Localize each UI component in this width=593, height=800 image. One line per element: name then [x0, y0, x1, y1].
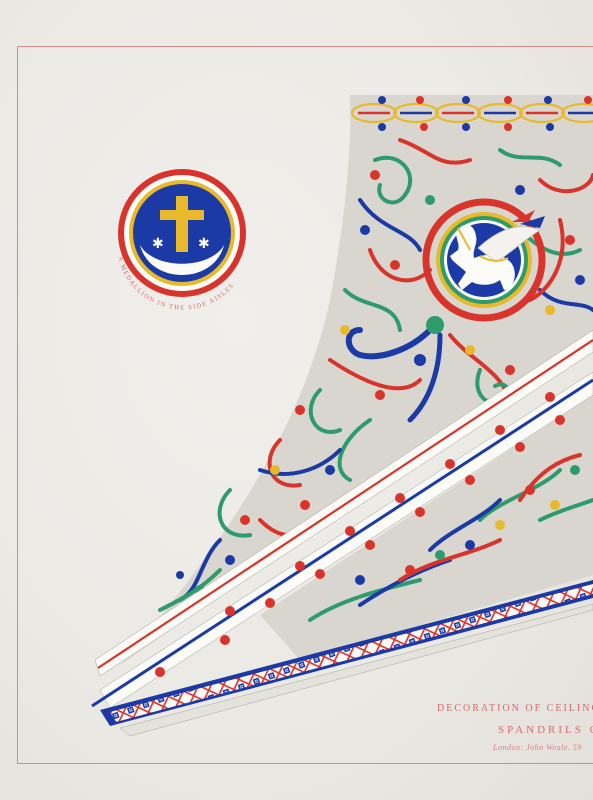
- top-frieze: [352, 96, 593, 134]
- caption-publisher: London: John Weale. 59: [493, 743, 582, 752]
- caption-subtitle: SPANDRILS OF: [498, 724, 593, 736]
- star-icon: ✱: [152, 236, 164, 252]
- printed-plate: ✱ ✱ A MEDALLION IN THE SIDE AISLES DECOR…: [0, 0, 593, 800]
- spandrel-illustration: ✱ ✱ A MEDALLION IN THE SIDE AISLES: [0, 0, 593, 800]
- side-aisle-medallion: ✱ ✱ A MEDALLION IN THE SIDE AISLES: [116, 169, 248, 312]
- caption-title: DECORATION OF CEILING,: [437, 703, 593, 714]
- star-icon: ✱: [198, 236, 210, 252]
- pegasus-roundel: [426, 202, 545, 318]
